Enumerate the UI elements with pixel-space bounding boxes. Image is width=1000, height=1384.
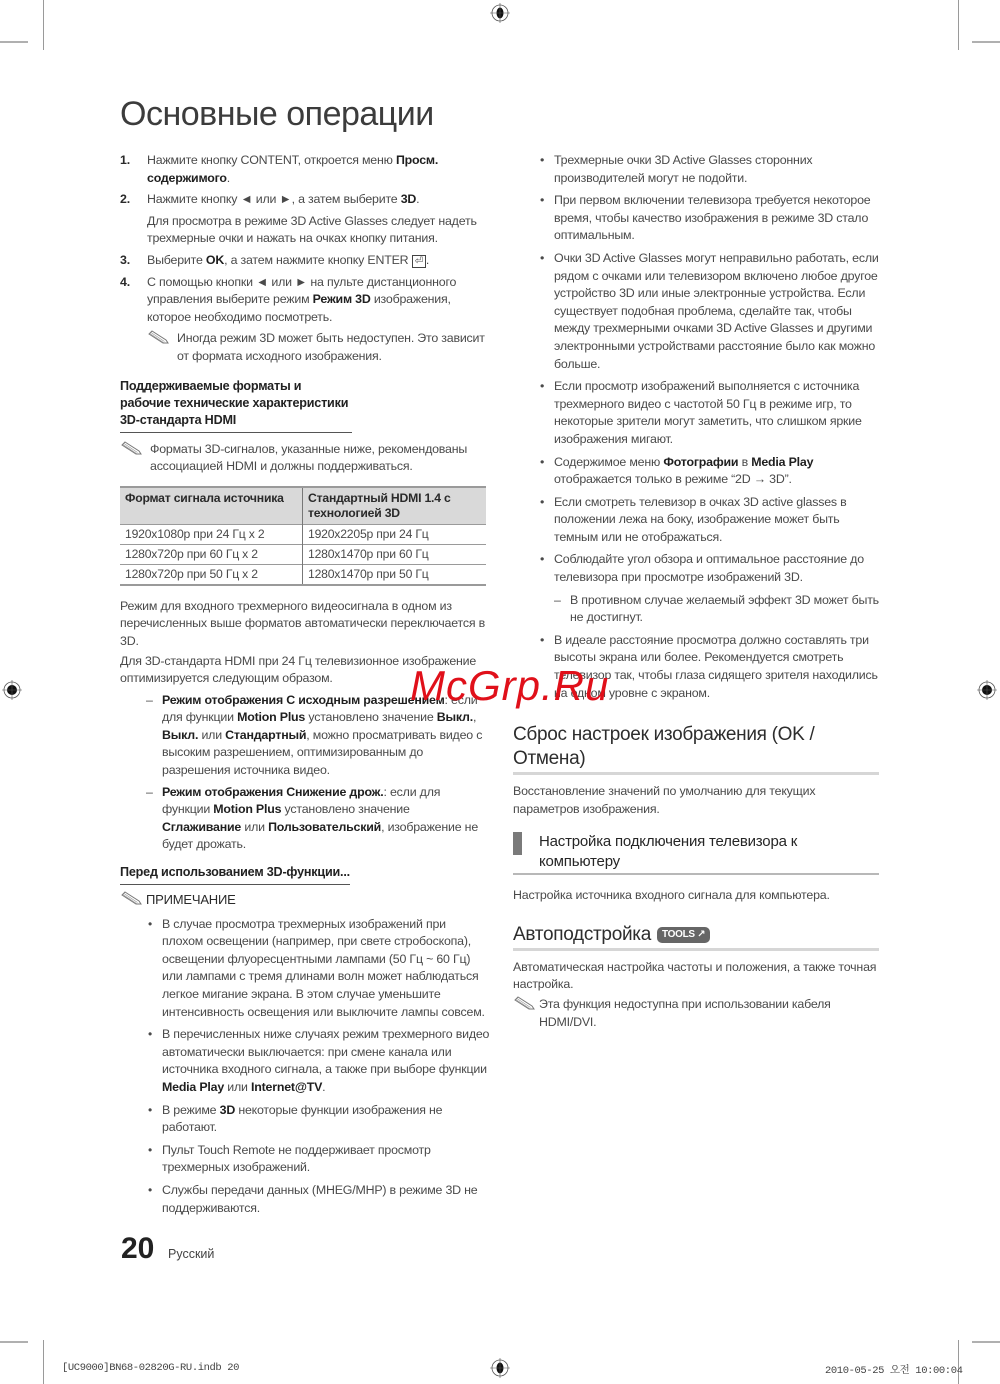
section-bar [513, 832, 522, 855]
note-sub-item: –В противном случае желаемый эффект 3D м… [540, 592, 885, 627]
bullet-marker: • [148, 1102, 152, 1120]
crop-mark [958, 0, 959, 50]
pencil-note-icon [120, 891, 144, 907]
tools-icon: ↗ [697, 929, 705, 940]
text-run: Пульт Touch Remote не поддерживает просм… [162, 1143, 431, 1175]
bold-term: Режим отображения С исходным разрешением [162, 693, 445, 707]
auto-section-title: АвтоподстройкаTOOLS ↗ [513, 923, 879, 951]
table-row: 1920x1080p при 24 Гц x 21920x2205p при 2… [120, 524, 486, 544]
enter-icon: ⏎ [412, 255, 426, 268]
notes-list-right: •Трехмерные очки 3D Active Glasses сторо… [540, 152, 885, 702]
right-sections: Сброс настроек изображения (OK / Отмена)… [513, 723, 883, 1035]
notes-list-left: •В случае просмотра трехмерных изображен… [120, 916, 490, 1218]
page-number: 20 [121, 1232, 154, 1266]
formats-heading: Поддерживаемые форматы и рабочие техниче… [120, 378, 352, 433]
formats-note: Форматы 3D-сигналов, указанные ниже, рек… [120, 441, 490, 476]
bold-term: Пользовательский [268, 820, 381, 834]
bold-term: Internet@TV [251, 1080, 322, 1094]
step-text: Выберите OK, а затем нажмите кнопку ENTE… [147, 252, 490, 270]
registration-mark-icon [490, 3, 510, 23]
step-item: 4.С помощью кнопки ◄ или ► на пульте дис… [120, 274, 490, 366]
bold-term: Режим 3D [313, 292, 371, 306]
reset-section-title: Сброс настроек изображения (OK / Отмена) [513, 723, 879, 775]
step-note: Иногда режим 3D может быть недоступен. Э… [147, 330, 490, 365]
step-extra: Для просмотра в режиме 3D Active Glasses… [147, 213, 490, 248]
pc-section-title: Настройка подключения телевизора к компь… [513, 832, 879, 875]
registration-mark-icon [2, 680, 22, 700]
step-number: 4. [120, 274, 130, 292]
crop-mark [0, 41, 28, 43]
text-run: В режиме [162, 1103, 220, 1117]
step-text: Нажмите кнопку CONTENT, откроется меню П… [147, 152, 490, 187]
text-run: . [426, 253, 429, 267]
text-run: Службы передачи данных (MHEG/MHP) в режи… [162, 1183, 478, 1215]
bullet-marker: • [540, 152, 544, 170]
table-row: 1280x720p при 50 Гц x 21280x1470p при 50… [120, 564, 486, 585]
table-header: Стандартный HDMI 1.4 с технологией 3D [303, 487, 487, 525]
bullet-marker: • [540, 494, 544, 512]
step-number: 3. [120, 252, 130, 270]
watermark: McGrp.Ru [410, 662, 609, 710]
auto-section-note: Эта функция недоступна при использовании… [513, 996, 883, 1031]
formats-table: Формат сигнала источникаСтандартный HDMI… [120, 486, 486, 586]
bold-term: Выкл. [437, 710, 473, 724]
text-run: Соблюдайте угол обзора и оптимальное рас… [554, 552, 864, 584]
bold-term: Выкл. [162, 728, 198, 742]
step-text: Нажмите кнопку ◄ или ►, а затем выберите… [147, 191, 490, 209]
pencil-note-icon [513, 996, 537, 1012]
tools-badge: TOOLS ↗ [657, 927, 710, 943]
bullet-marker: • [540, 250, 544, 268]
text-run: , а затем нажмите кнопку ENTER [224, 253, 412, 267]
bold-term: 3D [401, 192, 416, 206]
dash-marker: – [146, 692, 153, 710]
bold-term: 3D [220, 1103, 235, 1117]
print-footer-file: [UC9000]BN68-02820G-RU.indb 20 [62, 1362, 239, 1374]
reset-section-text: Восстановление значений по умолчанию для… [513, 783, 883, 818]
pc-section-text: Настройка источника входного сигнала для… [513, 887, 883, 905]
registration-mark-icon [977, 680, 997, 700]
note-bullet: •В режиме 3D некоторые функции изображен… [120, 1102, 490, 1137]
bullet-marker: • [540, 632, 544, 650]
note-bullet: •Если просмотр изображений выполняется с… [540, 378, 885, 448]
note-bullet: •Если смотреть телевизор в очках 3D acti… [540, 494, 885, 547]
table-row: 1280x720p при 60 Гц x 21280x1470p при 60… [120, 544, 486, 564]
text-run: Нажмите кнопку ◄ или ►, а затем выберите [147, 192, 401, 206]
bullet-marker: • [148, 1026, 152, 1044]
text-run: установлено значение [281, 802, 409, 816]
text-run: или [198, 728, 225, 742]
table-cell: 1920x2205p при 24 Гц [303, 524, 487, 544]
note-bullet: •Пульт Touch Remote не поддерживает прос… [120, 1142, 490, 1177]
note-bullet: •Службы передачи данных (MHEG/MHP) в реж… [120, 1182, 490, 1217]
bullet-marker: • [148, 1142, 152, 1160]
note-bullet: •Трехмерные очки 3D Active Glasses сторо… [540, 152, 885, 187]
dash-marker: – [146, 784, 153, 802]
bullet-marker: • [540, 192, 544, 210]
note-bullet: •Соблюдайте угол обзора и оптимальное ра… [540, 551, 885, 586]
bullet-marker: • [148, 916, 152, 934]
text-run: установлено значение [305, 710, 437, 724]
step-number: 2. [120, 191, 130, 209]
text-run: , [473, 710, 476, 724]
page-language: Русский [168, 1247, 214, 1261]
text-run: Если смотреть телевизор в очках 3D activ… [554, 495, 847, 544]
step-item: 3.Выберите OK, а затем нажмите кнопку EN… [120, 252, 490, 270]
table-cell: 1280x1470p при 60 Гц [303, 544, 487, 564]
text-run: . [227, 171, 230, 185]
bullet-marker: • [540, 378, 544, 396]
text-run: Нажмите кнопку CONTENT, откроется меню [147, 153, 396, 167]
formats-paragraph-1: Режим для входного трехмерного видеосигн… [120, 598, 490, 651]
modes-list: –Режим отображения С исходным разрешение… [120, 692, 490, 854]
note-bullet: •В перечисленных ниже случаях режим трех… [120, 1026, 490, 1096]
crop-mark [43, 0, 44, 50]
text-run: . [416, 192, 419, 206]
note-bullet: •Очки 3D Active Glasses могут неправильн… [540, 250, 885, 373]
note-text: Иногда режим 3D может быть недоступен. Э… [177, 331, 485, 363]
bold-term: Режим отображения Снижение дрож. [162, 785, 384, 799]
step-text: С помощью кнопки ◄ или ► на пульте диста… [147, 274, 490, 327]
text-run: или [241, 820, 268, 834]
bold-term: Media Play [162, 1080, 224, 1094]
text-run: При первом включении телевизора требуетс… [554, 193, 871, 242]
bold-term: Media Play [751, 455, 813, 469]
text-run: отображается только в режиме “2D → 3D”. [554, 472, 792, 486]
registration-mark-icon [490, 1358, 510, 1378]
steps-list: 1.Нажмите кнопку CONTENT, откроется меню… [120, 152, 490, 366]
text-run: Содержимое меню [554, 455, 663, 469]
bullet-marker: • [540, 551, 544, 569]
table-cell: 1280x720p при 50 Гц x 2 [120, 564, 303, 585]
text-run: Если просмотр изображений выполняется с … [554, 379, 862, 446]
page-title: Основные операции [120, 95, 434, 134]
text-run: . [322, 1080, 325, 1094]
bold-term: OK [206, 253, 224, 267]
dash-marker: – [554, 592, 561, 610]
text-run: В перечисленных ниже случаях режим трехм… [162, 1027, 489, 1076]
text-run: Очки 3D Active Glasses могут неправильно… [554, 251, 879, 371]
text-run: В противном случае желаемый эффект 3D мо… [570, 593, 879, 625]
table-cell: 1280x720p при 60 Гц x 2 [120, 544, 303, 564]
right-column: •Трехмерные очки 3D Active Glasses сторо… [540, 152, 885, 707]
note-label: ПРИМЕЧАНИЕ [120, 891, 490, 910]
crop-mark [972, 41, 1000, 43]
bold-term: Сглаживание [162, 820, 241, 834]
text-run: Трехмерные очки 3D Active Glasses сторон… [554, 153, 812, 185]
step-number: 1. [120, 152, 130, 170]
print-footer-timestamp: 2010-05-25 오전 10:00:04 [825, 1362, 963, 1377]
pencil-note-icon [120, 441, 144, 457]
table-cell: 1920x1080p при 24 Гц x 2 [120, 524, 303, 544]
table-header: Формат сигнала источника [120, 487, 303, 525]
bold-term: Motion Plus [213, 802, 281, 816]
note-bullet: •При первом включении телевизора требует… [540, 192, 885, 245]
bold-term: Фотографии [663, 455, 738, 469]
note-bullet: •В случае просмотра трехмерных изображен… [120, 916, 490, 1022]
crop-mark [43, 1340, 44, 1384]
bullet-marker: • [148, 1182, 152, 1200]
step-item: 2.Нажмите кнопку ◄ или ►, а затем выбери… [120, 191, 490, 248]
step-item: 1.Нажмите кнопку CONTENT, откроется меню… [120, 152, 490, 187]
note-bullet: •Содержимое меню Фотографии в Media Play… [540, 454, 885, 489]
crop-mark [972, 1341, 1000, 1343]
bold-term: Стандартный [225, 728, 306, 742]
before-use-heading: Перед использованием 3D-функции... [120, 864, 350, 885]
pencil-note-icon [147, 330, 171, 346]
mode-item: –Режим отображения Снижение дрож.: если … [120, 784, 490, 854]
bullet-marker: • [540, 454, 544, 472]
text-run: или [224, 1080, 251, 1094]
bold-term: Motion Plus [237, 710, 305, 724]
crop-mark [0, 1341, 28, 1343]
auto-section-text: Автоматическая настройка частоты и полож… [513, 959, 883, 994]
text-run: В случае просмотра трехмерных изображени… [162, 917, 485, 1019]
table-cell: 1280x1470p при 50 Гц [303, 564, 487, 585]
text-run: Выберите [147, 253, 206, 267]
text-run: в [738, 455, 751, 469]
